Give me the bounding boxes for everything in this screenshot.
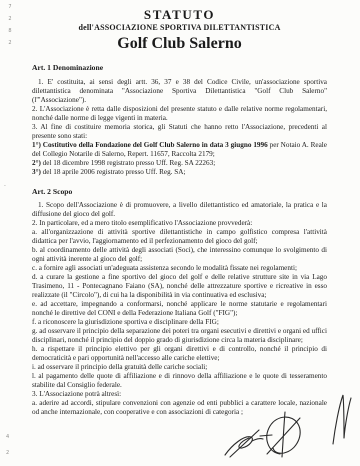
signature-scribble-right-icon <box>258 410 310 460</box>
paragraph-text: a. all'organizzazione di attività sporti… <box>32 228 327 245</box>
paragraph: 1°) Costitutivo della Fondazione del Gol… <box>32 141 327 159</box>
article-1-body: 1. E' costituita, ai sensi degli artt. 3… <box>32 78 327 177</box>
scan-artifact: 2 <box>6 450 9 456</box>
paragraph-text: d. a curare la gestione a fine sportivo … <box>32 273 327 299</box>
paragraph-text: 3. Al fine di costituire memoria storica… <box>32 123 327 140</box>
paragraph-lead: 1°) Costitutivo della Fondazione del Gol… <box>32 141 268 149</box>
paragraph: e. ad accettare, impegnando a conformars… <box>32 300 327 318</box>
paragraph: 1. E' costituita, ai sensi degli artt. 3… <box>32 78 327 105</box>
paragraph: f. a riconoscere la giurisdizione sporti… <box>32 318 327 327</box>
title-block: STATUTO dell'ASSOCIAZIONE SPORTIVA DILET… <box>32 0 327 53</box>
paragraph: 3. L'Associazione potrà altresì: <box>32 390 327 399</box>
paragraph: 3°) del 18 aprile 2006 registrato presso… <box>32 168 327 177</box>
paragraph: c. a fornire agli associati un'adeguata … <box>32 264 327 273</box>
initials-paraph-mark-icon <box>329 392 354 448</box>
paragraph: b. al coordinamento delle attività degli… <box>32 246 327 264</box>
paragraph-lead: 2°) <box>32 159 41 167</box>
organization-name: Golf Club Salerno <box>32 35 327 53</box>
article-2-heading: Art. 2 Scopo <box>32 187 327 196</box>
scan-artifact: 4 <box>6 434 9 440</box>
scan-artifact: 8 <box>6 28 14 34</box>
paragraph-text: 2. In particolare, ed a mero titolo esem… <box>32 219 252 227</box>
scanned-statute-page: 7 2 8 2 - 4 2 STATUTO dell'ASSOCIAZIONE … <box>0 0 360 466</box>
paragraph: 2. In particolare, ed a mero titolo esem… <box>32 219 327 228</box>
paragraph-text: h. a rispettare il principio elettivo pe… <box>32 345 327 362</box>
paragraph: g. ad osservare il principio della separ… <box>32 327 327 345</box>
paragraph: 2. L'Associazione è retta dalle disposiz… <box>32 105 327 123</box>
paragraph: a. all'organizzazione di attività sporti… <box>32 228 327 246</box>
document-title: STATUTO <box>32 8 327 22</box>
article-1: Art. 1 Denominazione 1. E' costituita, a… <box>32 63 327 177</box>
paragraph-text: 3. L'Associazione potrà altresì: <box>32 390 121 398</box>
article-2-body: 1. Scopo dell'Associazione è di promuove… <box>32 201 327 417</box>
paragraph-text: i. ad osservare il principio della gratu… <box>32 363 207 371</box>
paragraph-text: e. ad accettare, impegnando a conformars… <box>32 300 327 317</box>
paragraph-text: l. al pagamento delle quote di affiliazi… <box>32 372 327 389</box>
scan-artifact-column: 7 2 8 2 <box>6 4 14 52</box>
paragraph: h. a rispettare il principio elettivo pe… <box>32 345 327 363</box>
scan-artifact: - <box>4 183 6 189</box>
paragraph: d. a curare la gestione a fine sportivo … <box>32 273 327 300</box>
paragraph: 2°) del 18 dicembre 1998 registrato pres… <box>32 159 327 168</box>
paragraph-text: g. ad osservare il principio della separ… <box>32 327 327 344</box>
article-1-heading: Art. 1 Denominazione <box>32 63 327 72</box>
document-subtitle: dell'ASSOCIAZIONE SPORTIVA DILETTANTISTI… <box>32 23 327 33</box>
document-content: STATUTO dell'ASSOCIAZIONE SPORTIVA DILET… <box>32 0 327 417</box>
paragraph-text: c. a fornire agli associati un'adeguata … <box>32 264 297 272</box>
paragraph-text: 1. E' costituita, ai sensi degli artt. 3… <box>32 78 327 104</box>
paragraph-text: del 18 aprile 2006 registrato presso Uff… <box>41 168 186 176</box>
paragraph-text: 2. L'Associazione è retta dalle disposiz… <box>32 105 327 122</box>
paragraph: l. al pagamento delle quote di affiliazi… <box>32 372 327 390</box>
scan-artifact: 7 <box>6 4 14 10</box>
paragraph: 3. Al fine di costituire memoria storica… <box>32 123 327 141</box>
article-2: Art. 2 Scopo 1. Scopo dell'Associazione … <box>32 187 327 418</box>
paragraph-text: b. al coordinamento delle attività degli… <box>32 246 327 263</box>
paragraph-text: del 18 dicembre 1998 registrato presso U… <box>41 159 215 167</box>
paragraph-lead: 3°) <box>32 168 41 176</box>
paragraph-text: f. a riconoscere la giurisdizione sporti… <box>32 318 219 326</box>
scan-artifact: 2 <box>6 40 14 46</box>
paragraph-text: 1. Scopo dell'Associazione è di promuove… <box>32 201 327 218</box>
scan-artifact: 2 <box>6 16 14 22</box>
paragraph: 1. Scopo dell'Associazione è di promuove… <box>32 201 327 219</box>
paragraph: i. ad osservare il principio della gratu… <box>32 363 327 372</box>
